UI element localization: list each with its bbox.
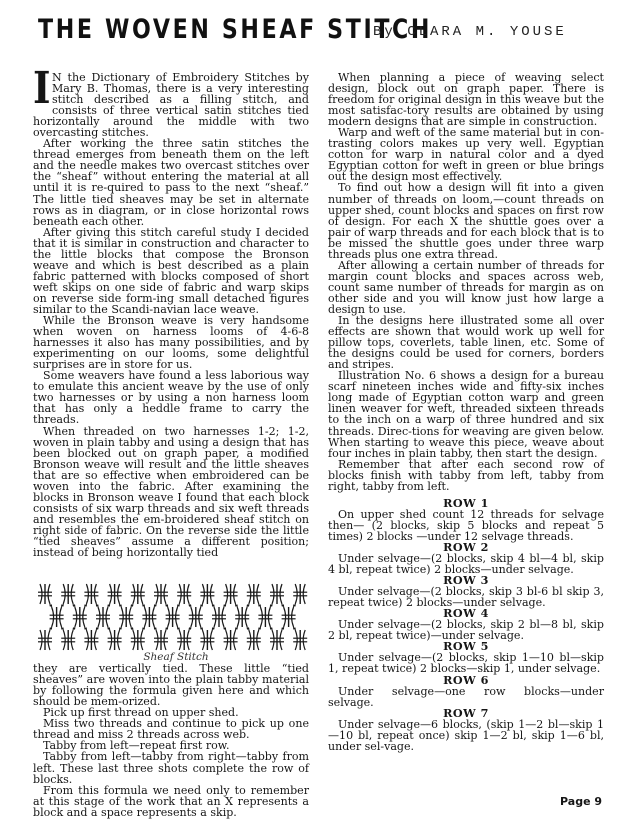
- paragraph: After working the three satin stitches t…: [33, 138, 309, 226]
- paragraph: Illustration No. 6 shows a design for a …: [328, 370, 604, 458]
- page-number: Page 9: [560, 795, 602, 808]
- paragraph: When planning a piece of weaving select …: [328, 72, 604, 127]
- row-instructions: Under selvage—6 blocks, (skip 1—2 bl—ski…: [328, 719, 604, 752]
- right-column: When planning a piece of weaving select …: [328, 72, 604, 752]
- paragraph: When threaded on two harnesses 1-2; 1-2,…: [33, 426, 309, 559]
- paragraph: Miss two threads and continue to pick up…: [33, 718, 309, 740]
- paragraph: Some weavers have found a less laborious…: [33, 370, 309, 425]
- paragraph: Remember that after each second row of b…: [328, 459, 604, 492]
- row-instructions: Under selvage—(2 blocks, skip 4 bl—4 bl,…: [328, 553, 604, 575]
- row-instructions: On upper shed count 12 threads for selva…: [328, 509, 604, 542]
- row-instructions: Under selvage—one row blocks—under selva…: [328, 686, 604, 708]
- author-byline: By CLARA M. YOUSE: [373, 24, 567, 40]
- drop-cap: I: [33, 73, 45, 107]
- paragraph: Tabby from left—tabby from right—tabby f…: [33, 751, 309, 784]
- left-column: IN the Dictionary of Embroidery Stitches…: [33, 72, 309, 818]
- paragraph: From this formula we need only to rememb…: [33, 785, 309, 818]
- continued-paragraphs: they are vertically tied. These little “…: [33, 663, 309, 818]
- paragraph: they are vertically tied. These little “…: [33, 663, 309, 707]
- paragraph: To find out how a design will fit into a…: [328, 182, 604, 259]
- row-instructions: Under selvage—(2 blocks, skip 2 bl—8 bl,…: [328, 619, 604, 641]
- sheaf-stitch-diagram: [33, 582, 309, 652]
- paragraph: After allowing a certain number of threa…: [328, 260, 604, 315]
- paragraph: In the designs here illustrated some all…: [328, 315, 604, 370]
- paragraph: After giving this stitch careful study I…: [33, 227, 309, 315]
- row-heading: ROW 6: [328, 675, 604, 686]
- row-instructions: Under selvage—(2 blocks, skip 1—10 bl—sk…: [328, 652, 604, 674]
- row-instructions: Under selvage—(2 blocks, skip 3 bl-6 bl …: [328, 586, 604, 608]
- paragraph: While the Bronson weave is very handsome…: [33, 315, 309, 370]
- intro-paragraph: IN the Dictionary of Embroidery Stitches…: [33, 72, 309, 138]
- paragraph: Warp and weft of the same material but i…: [328, 127, 604, 182]
- article-header: THE WOVEN SHEAF STITCH By CLARA M. YOUSE: [38, 14, 624, 54]
- sheaf-stitch-illustration: [33, 582, 309, 652]
- weaving-rows: ROW 1On upper shed count 12 threads for …: [328, 498, 604, 752]
